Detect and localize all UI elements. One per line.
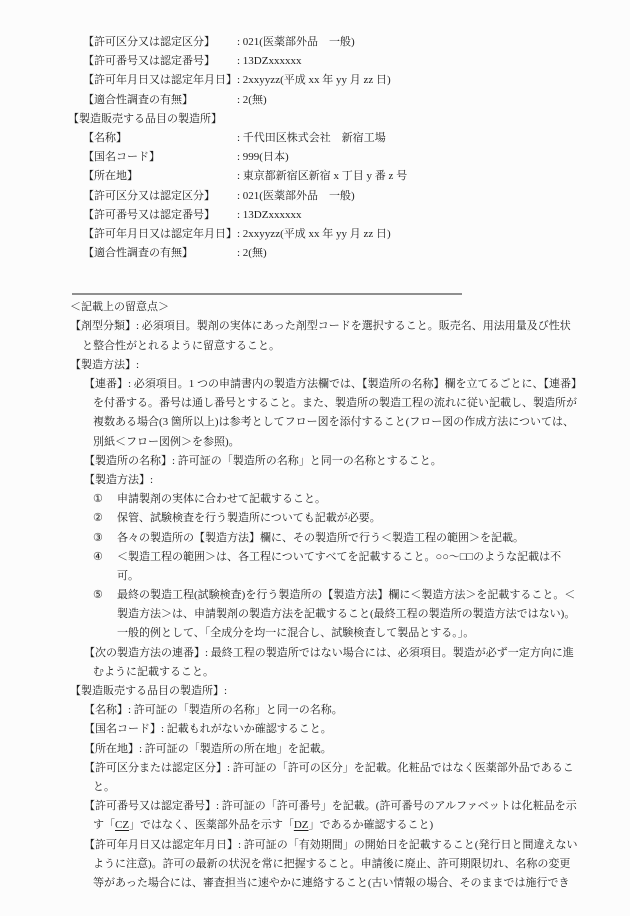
note-line: 可。 (0, 567, 630, 586)
note-line: 【次の製造方法の連番】: 最終工程の製造所ではない場合には、必須項目。製造が必ず… (0, 644, 630, 663)
record-value: : 2xxyyzz(平成 xx 年 yy 月 zz 日) (237, 225, 391, 244)
note-line: を付番する。番号は通し番号とすること。また、製造所の製造工程の流れに従い記載し、… (0, 394, 630, 413)
record-row: 【許可年月日又は認定年月日】: 2xxyyzz(平成 xx 年 yy 月 zz … (0, 71, 630, 90)
record-value: : 13DZxxxxxx (237, 206, 301, 225)
record-value: : 999(日本) (237, 148, 289, 167)
note-line: 等があった場合には、審査担当に速やかに連絡すること(古い情報の場合、そのままでは… (0, 874, 630, 893)
record-label: 【許可年月日又は認定年月日】 (0, 74, 237, 86)
record-row: 【国名コード】: 999(日本) (0, 148, 630, 167)
record-label: 【許可番号又は認定番号】 (0, 209, 215, 221)
record-label: 【許可区分又は認定区分】 (0, 36, 215, 48)
record-value: : 千代田区株式会社 新宿工場 (237, 129, 386, 148)
note-line: ④＜製造工程の範囲＞は、各工程についてすべてを記載すること。○○～□□のような記… (0, 548, 630, 567)
list-text: 申請製剤の実体に合わせて記載すること。 (117, 493, 326, 505)
record-label: 【所在地】 (0, 170, 138, 182)
note-line: と。 (0, 778, 630, 797)
record-label: 【許可年月日又は認定年月日】 (0, 228, 237, 240)
record-value: : 2(無) (237, 244, 267, 263)
record-row: 【許可番号又は認定番号】: 13DZxxxxxx (0, 206, 630, 225)
record-row: 【名称】: 千代田区株式会社 新宿工場 (0, 129, 630, 148)
record-row: 【製造販売する品目の製造所】 (0, 110, 630, 129)
record-row: 【許可番号又は認定番号】: 13DZxxxxxx (0, 52, 630, 71)
note-line: 【国名コード】: 記載もれがないか確認すること。 (0, 720, 630, 739)
note-line: ⑤最終の製造工程(試験検査)を行う製造所の【製造方法】欄に＜製造方法＞を記載する… (0, 586, 630, 605)
note-line: 【製造所の名称】: 許可証の「製造所の名称」と同一の名称とすること。 (0, 452, 630, 471)
record-row: 【許可区分又は認定区分】: 021(医薬部外品 一般) (0, 33, 630, 52)
record-row: 【許可年月日又は認定年月日】: 2xxyyzz(平成 xx 年 yy 月 zz … (0, 225, 630, 244)
list-number: ⑤ (93, 586, 117, 605)
record-row: 【所在地】: 東京都新宿区新宿 x 丁目 y 番 z 号 (0, 167, 630, 186)
list-number: ① (93, 490, 117, 509)
record-label: 【許可番号又は認定番号】 (0, 55, 215, 67)
record-label: 【名称】 (0, 132, 127, 144)
note-line: 【名称】: 許可証の「製造所の名称」と同一の名称。 (0, 701, 630, 720)
record-value: : 13DZxxxxxx (237, 52, 301, 71)
list-text: 各々の製造所の【製造方法】欄に、その製造所で行う＜製造工程の範囲＞を記載。 (117, 532, 524, 544)
record-row: 【適合性調査の有無】: 2(無) (0, 244, 630, 263)
list-text: 保管、試験検査を行う製造所についても記載が必要。 (117, 512, 381, 524)
record-value: : 021(医薬部外品 一般) (237, 187, 355, 206)
record-value: : 東京都新宿区新宿 x 丁目 y 番 z 号 (237, 167, 407, 186)
record-label: 【許可区分又は認定区分】 (0, 190, 215, 202)
record-row: 【許可区分又は認定区分】: 021(医薬部外品 一般) (0, 187, 630, 206)
list-text: ＜製造工程の範囲＞は、各工程についてすべてを記載すること。○○～□□のような記載… (117, 551, 561, 563)
record-value: : 021(医薬部外品 一般) (237, 33, 355, 52)
record-label: 【国名コード】 (0, 151, 160, 163)
section-divider (72, 293, 462, 295)
list-number: ④ (93, 548, 117, 567)
note-line: 【所在地】: 許可証の「製造所の所在地」を記載。 (0, 740, 630, 759)
note-line: す「CZ」ではなく、医薬部外品を示す「DZ」であるか確認すること) (0, 816, 630, 835)
record-label: 【適合性調査の有無】 (0, 247, 193, 259)
note-line: 【剤型分類】: 必須項目。製剤の実体にあった剤型コードを選択すること。販売名、用… (0, 317, 630, 336)
note-line: 【許可番号又は認定番号】: 許可証の「許可番号」を記載。(許可番号のアルファベッ… (0, 797, 630, 816)
list-number: ② (93, 509, 117, 528)
document-page: 【許可区分又は認定区分】: 021(医薬部外品 一般)【許可番号又は認定番号】:… (0, 0, 630, 916)
note-line: 【製造方法】: (0, 471, 630, 490)
note-line: 一般的例として、「全成分を均一に混合し、試験検査して製品とする。」。 (0, 624, 630, 643)
note-line: むように記載すること。 (0, 663, 630, 682)
notes-heading: ＜記載上の留意点＞ (0, 298, 630, 317)
list-text: 最終の製造工程(試験検査)を行う製造所の【製造方法】欄に＜製造方法＞を記載するこ… (117, 589, 575, 601)
note-line: 【製造方法】: (0, 356, 630, 375)
list-number: ③ (93, 529, 117, 548)
record-value: : 2(無) (237, 91, 267, 110)
note-line: 別紙＜フロー図例＞を参照)。 (0, 433, 630, 452)
note-line: 【製造販売する品目の製造所】: (0, 682, 630, 701)
record-section: 【許可区分又は認定区分】: 021(医薬部外品 一般)【許可番号又は認定番号】:… (0, 0, 630, 263)
notes-section: ＜記載上の留意点＞ 【剤型分類】: 必須項目。製剤の実体にあった剤型コードを選択… (0, 298, 630, 893)
note-line: と整合性がとれるように留意すること。 (0, 337, 630, 356)
record-label: 【製造販売する品目の製造所】 (0, 113, 222, 125)
note-line: 【許可年月日又は認定年月日】: 許可証の「有効期間」の開始日を記載すること(発行… (0, 836, 630, 855)
note-line: 製造方法＞は、申請製剤の製造方法を記載すること(最終工程の製造所の製造方法ではな… (0, 605, 630, 624)
note-line: ①申請製剤の実体に合わせて記載すること。 (0, 490, 630, 509)
record-value: : 2xxyyzz(平成 xx 年 yy 月 zz 日) (237, 71, 391, 90)
record-label: 【適合性調査の有無】 (0, 94, 193, 106)
note-line: 【連番】: 必須項目。1 つの申請書内の製造方法欄では、【製造所の名称】欄を立て… (0, 375, 630, 394)
note-line: ように注意)。許可の最新の状況を常に把握すること。申請後に廃止、許可期限切れ、名… (0, 855, 630, 874)
note-line: ②保管、試験検査を行う製造所についても記載が必要。 (0, 509, 630, 528)
note-line: ③各々の製造所の【製造方法】欄に、その製造所で行う＜製造工程の範囲＞を記載。 (0, 529, 630, 548)
note-line: 複数ある場合(3 箇所以上)は参考としてフロー図を添付すること(フロー図の作成方… (0, 413, 630, 432)
note-line: 【許可区分または認定区分】: 許可証の「許可の区分」を記載。化粧品ではなく医薬部… (0, 759, 630, 778)
record-row: 【適合性調査の有無】: 2(無) (0, 91, 630, 110)
